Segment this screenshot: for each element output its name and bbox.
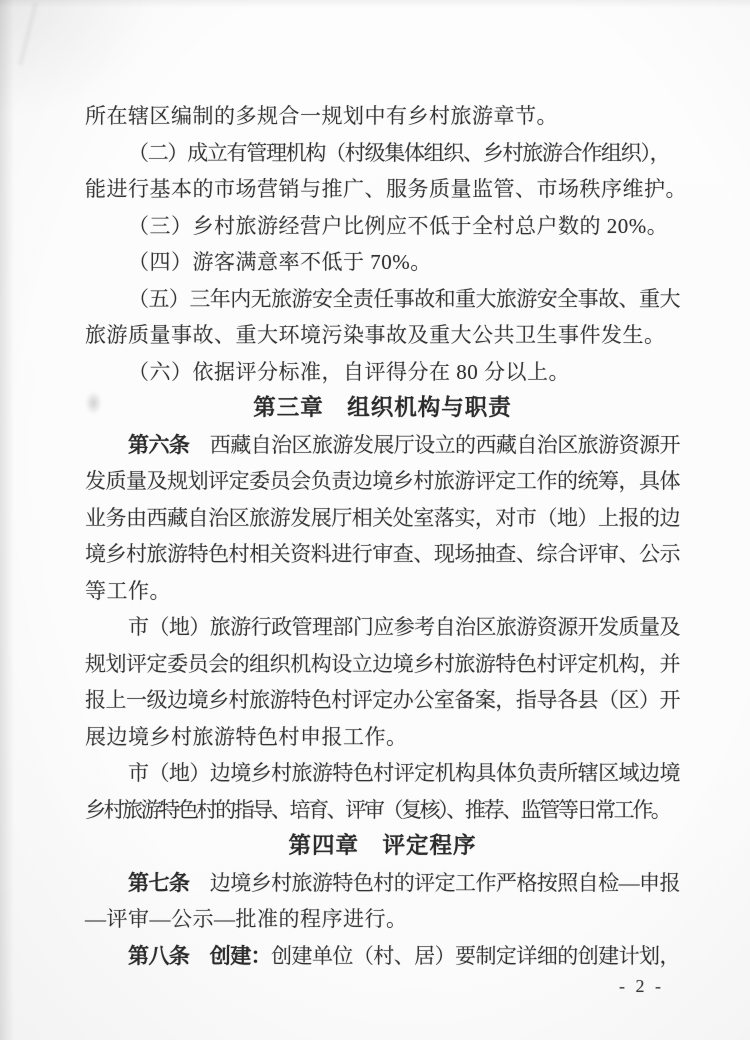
- body-text: 展边境乡村旅游特色村申报工作。: [85, 725, 408, 749]
- body-text: 市（地）旅游行政管理部门应参考自治区旅游资源开发质量及: [128, 615, 680, 639]
- text-line: （六）依据评分标准，自评得分在 80 分以上。: [85, 354, 680, 391]
- body-text: 西藏自治区旅游发展厅设立的西藏自治区旅游资源开: [210, 433, 680, 457]
- text-line: 业务由西藏自治区旅游发展厅相关处室落实，对市（地）上报的边: [85, 500, 680, 537]
- chapter-heading: 第四章 评定程序: [85, 828, 680, 865]
- body-text: （四）游客满意率不低于 70%。: [128, 250, 432, 274]
- text-line: 第八条 创建：创建单位（村、居）要制定详细的创建计划，: [85, 938, 680, 975]
- text-line: （五）三年内无旅游安全责任事故和重大旅游安全事故、重大: [85, 281, 680, 318]
- text-line: 展边境乡村旅游特色村申报工作。: [85, 719, 680, 756]
- text-line: 第六条 西藏自治区旅游发展厅设立的西藏自治区旅游资源开: [85, 427, 680, 464]
- page-edge-shadow-top: [0, 0, 750, 8]
- text-line: 乡村旅游特色村的指导、培育、评审（复核）、推荐、监管等日常工作。: [85, 792, 680, 829]
- text-line: （二）成立有管理机构（村级集体组织、乡村旅游合作组织），: [85, 135, 680, 172]
- body-text: 创建单位（村、居）要制定详细的创建计划，: [271, 944, 680, 968]
- body-text: （六）依据评分标准，自评得分在 80 分以上。: [128, 360, 570, 384]
- body-text: 境乡村旅游特色村相关资料进行审查、现场抽查、综合评审、公示: [85, 542, 680, 566]
- bold-text: 第八条 创建：: [128, 945, 271, 968]
- text-line: 境乡村旅游特色村相关资料进行审查、现场抽查、综合评审、公示: [85, 536, 680, 573]
- page-edge-shadow-left: [0, 0, 14, 1040]
- text-line: 第七条 边境乡村旅游特色村的评定工作严格按照自检—申报: [85, 865, 680, 902]
- text-line: （三）乡村旅游经营户比例应不低于全村总户数的 20%。: [85, 208, 680, 245]
- body-text: 等工作。: [85, 579, 171, 603]
- scan-streak: [18, 2, 37, 65]
- bold-text: 第六条: [128, 434, 210, 457]
- body-text: 能进行基本的市场营销与推广、服务质量监管、市场秩序维护。: [85, 177, 687, 201]
- body-text: 市（地）边境乡村旅游特色村评定机构具体负责所辖区域边境: [128, 761, 680, 785]
- document-page: 所在辖区编制的多规合一规划中有乡村旅游章节。（二）成立有管理机构（村级集体组织、…: [0, 0, 750, 1040]
- body-text: 乡村旅游特色村的指导、培育、评审（复核）、推荐、监管等日常工作。: [85, 798, 669, 822]
- bold-text: 第三章 组织机构与职责: [253, 395, 512, 420]
- text-line: —评审—公示—批准的程序进行。: [85, 901, 680, 938]
- text-line: 市（地）旅游行政管理部门应参考自治区旅游资源开发质量及: [85, 609, 680, 646]
- body-text: （五）三年内无旅游安全责任事故和重大旅游安全事故、重大: [128, 287, 680, 311]
- text-line: （四）游客满意率不低于 70%。: [85, 244, 680, 281]
- body-text: 规划评定委员会的组织机构设立边境乡村旅游特色村评定机构，并: [85, 652, 680, 676]
- text-line: 市（地）边境乡村旅游特色村评定机构具体负责所辖区域边境: [85, 755, 680, 792]
- body-text: 边境乡村旅游特色村的评定工作严格按照自检—申报: [210, 871, 680, 895]
- text-line: 等工作。: [85, 573, 680, 610]
- text-line: 报上一级边境乡村旅游特色村评定办公室备案，指导各县（区）开: [85, 682, 680, 719]
- text-line: 规划评定委员会的组织机构设立边境乡村旅游特色村评定机构，并: [85, 646, 680, 683]
- body-text: —评审—公示—批准的程序进行。: [85, 907, 408, 931]
- body-text: 业务由西藏自治区旅游发展厅相关处室落实，对市（地）上报的边: [85, 506, 680, 530]
- body-text: （二）成立有管理机构（村级集体组织、乡村旅游合作组织），: [128, 141, 669, 165]
- bold-text: 第七条: [128, 872, 210, 895]
- text-line: 旅游质量事故、重大环境污染事故及重大公共卫生事件发生。: [85, 317, 680, 354]
- body-text: 报上一级边境乡村旅游特色村评定办公室备案，指导各县（区）开: [85, 688, 680, 712]
- document-body: 所在辖区编制的多规合一规划中有乡村旅游章节。（二）成立有管理机构（村级集体组织、…: [85, 98, 680, 974]
- text-line: 发质量及规划评定委员会负责边境乡村旅游评定工作的统筹，具体: [85, 463, 680, 500]
- body-text: （三）乡村旅游经营户比例应不低于全村总户数的 20%。: [128, 214, 668, 238]
- body-text: 发质量及规划评定委员会负责边境乡村旅游评定工作的统筹，具体: [85, 469, 680, 493]
- page-number: - 2 -: [619, 976, 664, 997]
- body-text: 所在辖区编制的多规合一规划中有乡村旅游章节。: [85, 104, 558, 128]
- bold-text: 第四章 评定程序: [288, 833, 476, 858]
- text-line: 所在辖区编制的多规合一规划中有乡村旅游章节。: [85, 98, 680, 135]
- text-line: 能进行基本的市场营销与推广、服务质量监管、市场秩序维护。: [85, 171, 680, 208]
- chapter-heading: 第三章 组织机构与职责: [85, 390, 680, 427]
- body-text: 旅游质量事故、重大环境污染事故及重大公共卫生事件发生。: [85, 323, 666, 347]
